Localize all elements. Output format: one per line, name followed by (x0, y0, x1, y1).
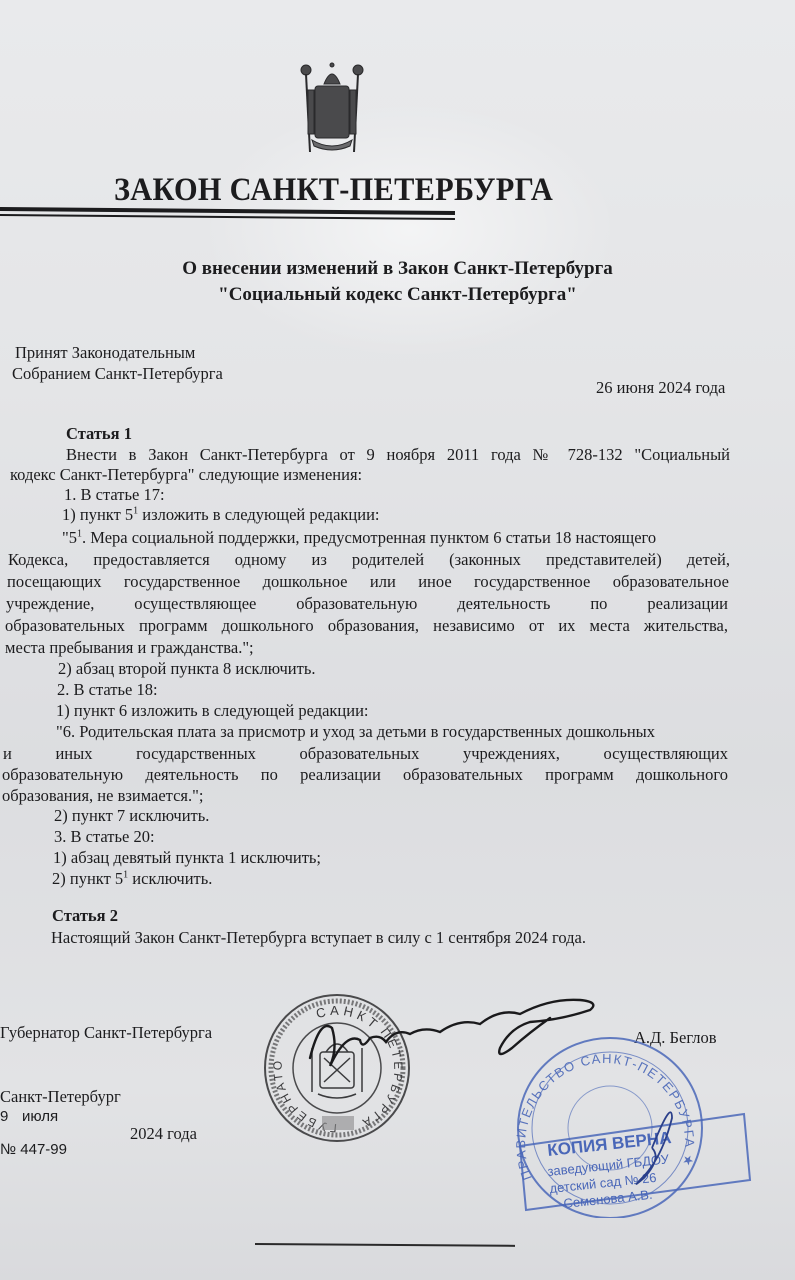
quote-2-line-1: "6. Родительская плата за присмотр и ухо… (56, 722, 728, 742)
article-2-text: Настоящий Закон Санкт-Петербурга вступае… (51, 928, 586, 948)
certified-copy-stamp-icon: ПРАВИТЕЛЬСТВО САНКТ-ПЕТЕРБУРГА ★ КОМИТЕТ… (512, 1028, 762, 1218)
item-1-heading: 1. В статье 17: (64, 485, 165, 505)
item-3-sub-1: 1) абзац девятый пункта 1 исключить; (53, 848, 321, 868)
sign-month: июля (22, 1108, 58, 1125)
item-3-heading: 3. В статье 20: (54, 827, 155, 847)
item-2-heading: 2. В статье 18: (57, 680, 158, 700)
item-3-sub-2: 2) пункт 51 исключить. (52, 869, 212, 889)
article-2-heading: Статья 2 (52, 906, 118, 926)
article-1-heading: Статья 1 (66, 424, 132, 444)
quote-1-line-6: места пребывания и гражданства."; (5, 638, 254, 658)
subtitle-line-1: О внесении изменений в Закон Санкт-Петер… (0, 258, 795, 280)
bottom-rule (255, 1243, 515, 1247)
quote-1-line-3: посещающих государственное дошкольное ил… (7, 572, 729, 592)
sign-day: 9 (0, 1108, 8, 1125)
quote-2-line-3: образовательную деятельность по реализац… (2, 765, 728, 785)
sign-city: Санкт-Петербург (0, 1087, 121, 1107)
sign-year: 2024 года (130, 1124, 197, 1144)
quote-1-line-1: "51. Мера социальной поддержки, предусмо… (62, 528, 730, 548)
quote-2-line-4: образования, не взимается."; (2, 786, 203, 806)
quote-1-line-4: учреждение, осуществляющее образовательн… (6, 594, 728, 614)
item-2-sub-1: 1) пункт 6 изложить в следующей редакции… (56, 701, 369, 721)
coat-of-arms-icon (300, 62, 364, 158)
quote-2-line-2: и иных государственных образовательных у… (3, 744, 728, 764)
photo-glare (200, 100, 620, 360)
adoption-date: 26 июня 2024 года (596, 378, 725, 398)
adopted-by-line-1: Принят Законодательным (15, 343, 195, 363)
law-number: № 447-99 (0, 1141, 67, 1158)
quote-1-line-2: Кодекса, предоставляется одному из родит… (8, 550, 730, 570)
quote-1-line-5: образовательных программ дошкольного обр… (5, 616, 728, 636)
item-1-sub-2: 2) абзац второй пункта 8 исключить. (58, 659, 316, 679)
article-1-intro-line-2: кодекс Санкт-Петербурга" следующие измен… (10, 465, 362, 485)
law-title: ЗАКОН САНКТ-ПЕТЕРБУРГА (114, 172, 553, 209)
item-1-sub-1: 1) пункт 51 изложить в следующей редакци… (62, 505, 380, 525)
article-1-intro-line-1: Внести в Закон Санкт-Петербурга от 9 ноя… (66, 445, 730, 465)
item-2-sub-2: 2) пункт 7 исключить. (54, 806, 209, 826)
adopted-by-line-2: Собранием Санкт-Петербурга (12, 364, 223, 384)
governor-title: Губернатор Санкт-Петербурга (0, 1023, 212, 1043)
subtitle-line-2: "Социальный кодекс Санкт-Петербурга" (0, 284, 795, 306)
title-rule-thin (0, 214, 455, 219)
